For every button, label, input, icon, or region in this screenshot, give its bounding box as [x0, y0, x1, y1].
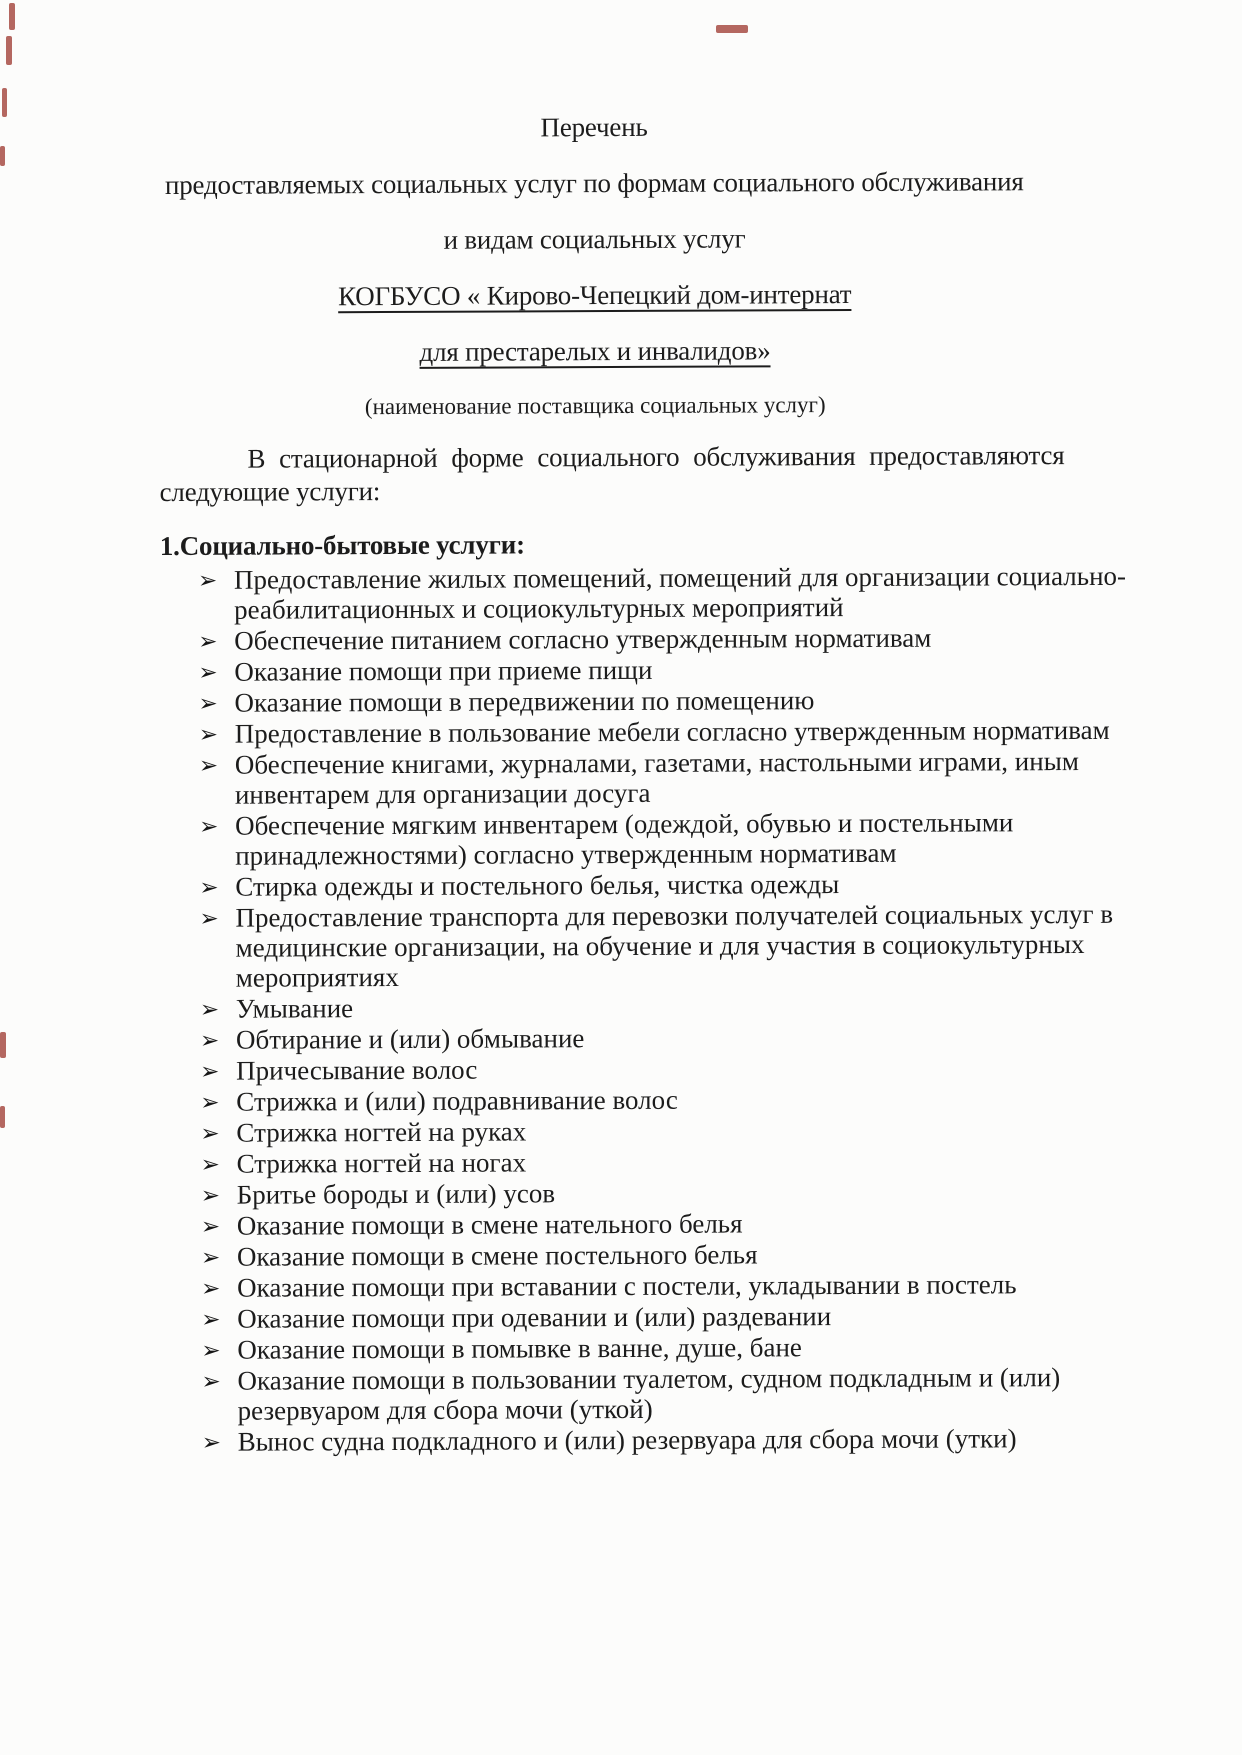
list-item-text: Обеспечение книгами, журналами, газетами… — [235, 746, 1079, 810]
list-item: ➢Предоставление транспорта для перевозки… — [199, 899, 1135, 993]
arrow-bullet-icon: ➢ — [201, 1274, 220, 1304]
provider-name-line-1: КОГБУСО « Кирово-Чепецкий дом-интернат — [159, 278, 1031, 312]
list-item-text: Обеспечение мягким инвентарем (одеждой, … — [235, 807, 1013, 870]
list-item-text: Оказание помощи в пользовании туалетом, … — [237, 1362, 1060, 1426]
intro-paragraph: В стационарной форме социального обслужи… — [159, 439, 1064, 509]
arrow-bullet-icon: ➢ — [199, 720, 218, 750]
list-item-text: Причесывание волос — [236, 1055, 477, 1086]
services-list: ➢Предоставление жилых помещений, помещен… — [160, 561, 1138, 1457]
list-item-text: Оказание помощи в смене постельного бель… — [237, 1239, 758, 1271]
scanned-document-page: Перечень предоставляемых социальных услу… — [0, 0, 1242, 1755]
arrow-bullet-icon: ➢ — [198, 627, 217, 657]
list-item: ➢Оказание помощи в смене постельного бел… — [201, 1238, 1137, 1272]
arrow-bullet-icon: ➢ — [201, 1367, 220, 1397]
title-subline-types: и видам социальных услуг — [158, 222, 1030, 256]
list-item: ➢Оказание помощи в пользовании туалетом,… — [201, 1362, 1137, 1426]
list-item: ➢Предоставление жилых помещений, помещен… — [198, 561, 1134, 625]
arrow-bullet-icon: ➢ — [202, 1428, 221, 1458]
list-item-text: Стирка одежды и постельного белья, чистк… — [235, 869, 839, 902]
list-item: ➢Оказание помощи в помывке в ванне, душе… — [201, 1331, 1137, 1365]
list-item-text: Оказание помощи при приеме пищи — [234, 655, 652, 687]
list-item: ➢Умывание — [200, 990, 1136, 1024]
list-item: ➢Обтирание и (или) обмывание — [200, 1021, 1136, 1055]
list-item-text: Оказание помощи при одевании и (или) раз… — [237, 1301, 831, 1334]
arrow-bullet-icon: ➢ — [199, 812, 218, 842]
list-item-text: Оказание помощи в передвижении по помеще… — [234, 685, 814, 718]
list-item: ➢Оказание помощи при вставании с постели… — [201, 1269, 1137, 1303]
list-item-text: Оказание помощи при вставании с постели,… — [237, 1269, 1017, 1302]
list-item-text: Умывание — [236, 993, 353, 1024]
list-item-text: Оказание помощи в смене нательного белья — [237, 1208, 743, 1240]
list-item: ➢Стрижка и (или) подравнивание волос — [200, 1083, 1136, 1117]
list-item-text: Оказание помощи в помывке в ванне, душе,… — [237, 1332, 802, 1364]
list-item: ➢Оказание помощи в смене нательного бель… — [201, 1207, 1137, 1241]
list-item: ➢Бритье бороды и (или) усов — [201, 1176, 1137, 1210]
arrow-bullet-icon: ➢ — [201, 1181, 220, 1211]
list-item-text: Предоставление в пользование мебели согл… — [235, 715, 1110, 749]
list-item: ➢Оказание помощи в передвижении по помещ… — [198, 684, 1134, 718]
title-subline-forms: предоставляемых социальных услуг по форм… — [158, 166, 1030, 200]
arrow-bullet-icon: ➢ — [200, 1150, 219, 1180]
section-heading-social-services: 1.Социально-бытовые услуги: — [160, 526, 1242, 561]
list-item: ➢Предоставление в пользование мебели сог… — [199, 715, 1135, 749]
list-item: ➢Обеспечение книгами, журналами, газетам… — [199, 746, 1135, 810]
list-item-text: Предоставление жилых помещений, помещени… — [234, 561, 1126, 625]
arrow-bullet-icon: ➢ — [201, 1305, 220, 1335]
list-item: ➢Обеспечение мягким инвентарем (одеждой,… — [199, 807, 1135, 871]
list-item-text: Бритье бороды и (или) усов — [237, 1178, 556, 1209]
list-item: ➢Стирка одежды и постельного белья, чист… — [199, 868, 1135, 902]
arrow-bullet-icon: ➢ — [199, 904, 218, 934]
arrow-bullet-icon: ➢ — [201, 1336, 220, 1366]
list-item: ➢Причесывание волос — [200, 1052, 1136, 1086]
arrow-bullet-icon: ➢ — [201, 1243, 220, 1273]
list-item-text: Предоставление транспорта для перевозки … — [235, 899, 1113, 993]
arrow-bullet-icon: ➢ — [200, 1026, 219, 1056]
list-item: ➢Оказание помощи при приеме пищи — [198, 653, 1134, 687]
list-item-text: Стрижка ногтей на руках — [236, 1116, 526, 1147]
arrow-bullet-icon: ➢ — [200, 1057, 219, 1087]
list-item: ➢Стрижка ногтей на руках — [200, 1114, 1136, 1148]
arrow-bullet-icon: ➢ — [201, 1212, 220, 1242]
document-title-block: Перечень предоставляемых социальных услу… — [158, 110, 1031, 422]
list-item: ➢Оказание помощи при одевании и (или) ра… — [201, 1300, 1137, 1334]
arrow-bullet-icon: ➢ — [199, 873, 218, 903]
arrow-bullet-icon: ➢ — [199, 751, 218, 781]
provider-name-caption: (наименование поставщика социальных услу… — [159, 390, 1031, 422]
list-item-text: Стрижка и (или) подравнивание волос — [236, 1085, 678, 1117]
list-item: ➢Вынос судна подкладного и (или) резерву… — [202, 1423, 1138, 1457]
list-item: ➢Стрижка ногтей на ногах — [200, 1145, 1136, 1179]
arrow-bullet-icon: ➢ — [200, 995, 219, 1025]
arrow-bullet-icon: ➢ — [198, 658, 217, 688]
document-title: Перечень — [158, 110, 1030, 144]
arrow-bullet-icon: ➢ — [200, 1088, 219, 1118]
list-item: ➢Обеспечение питанием согласно утвержден… — [198, 622, 1134, 656]
list-item-text: Вынос судна подкладного и (или) резервуа… — [238, 1423, 1017, 1456]
provider-name-line-2: для престарелых и инвалидов» — [159, 334, 1031, 368]
list-item-text: Стрижка ногтей на ногах — [236, 1147, 526, 1178]
list-item-text: Обтирание и (или) обмывание — [236, 1023, 585, 1055]
document-content: Перечень предоставляемых социальных услу… — [0, 0, 1242, 1459]
arrow-bullet-icon: ➢ — [198, 689, 217, 719]
arrow-bullet-icon: ➢ — [200, 1119, 219, 1149]
arrow-bullet-icon: ➢ — [198, 566, 217, 596]
list-item-text: Обеспечение питанием согласно утвержденн… — [234, 623, 931, 656]
